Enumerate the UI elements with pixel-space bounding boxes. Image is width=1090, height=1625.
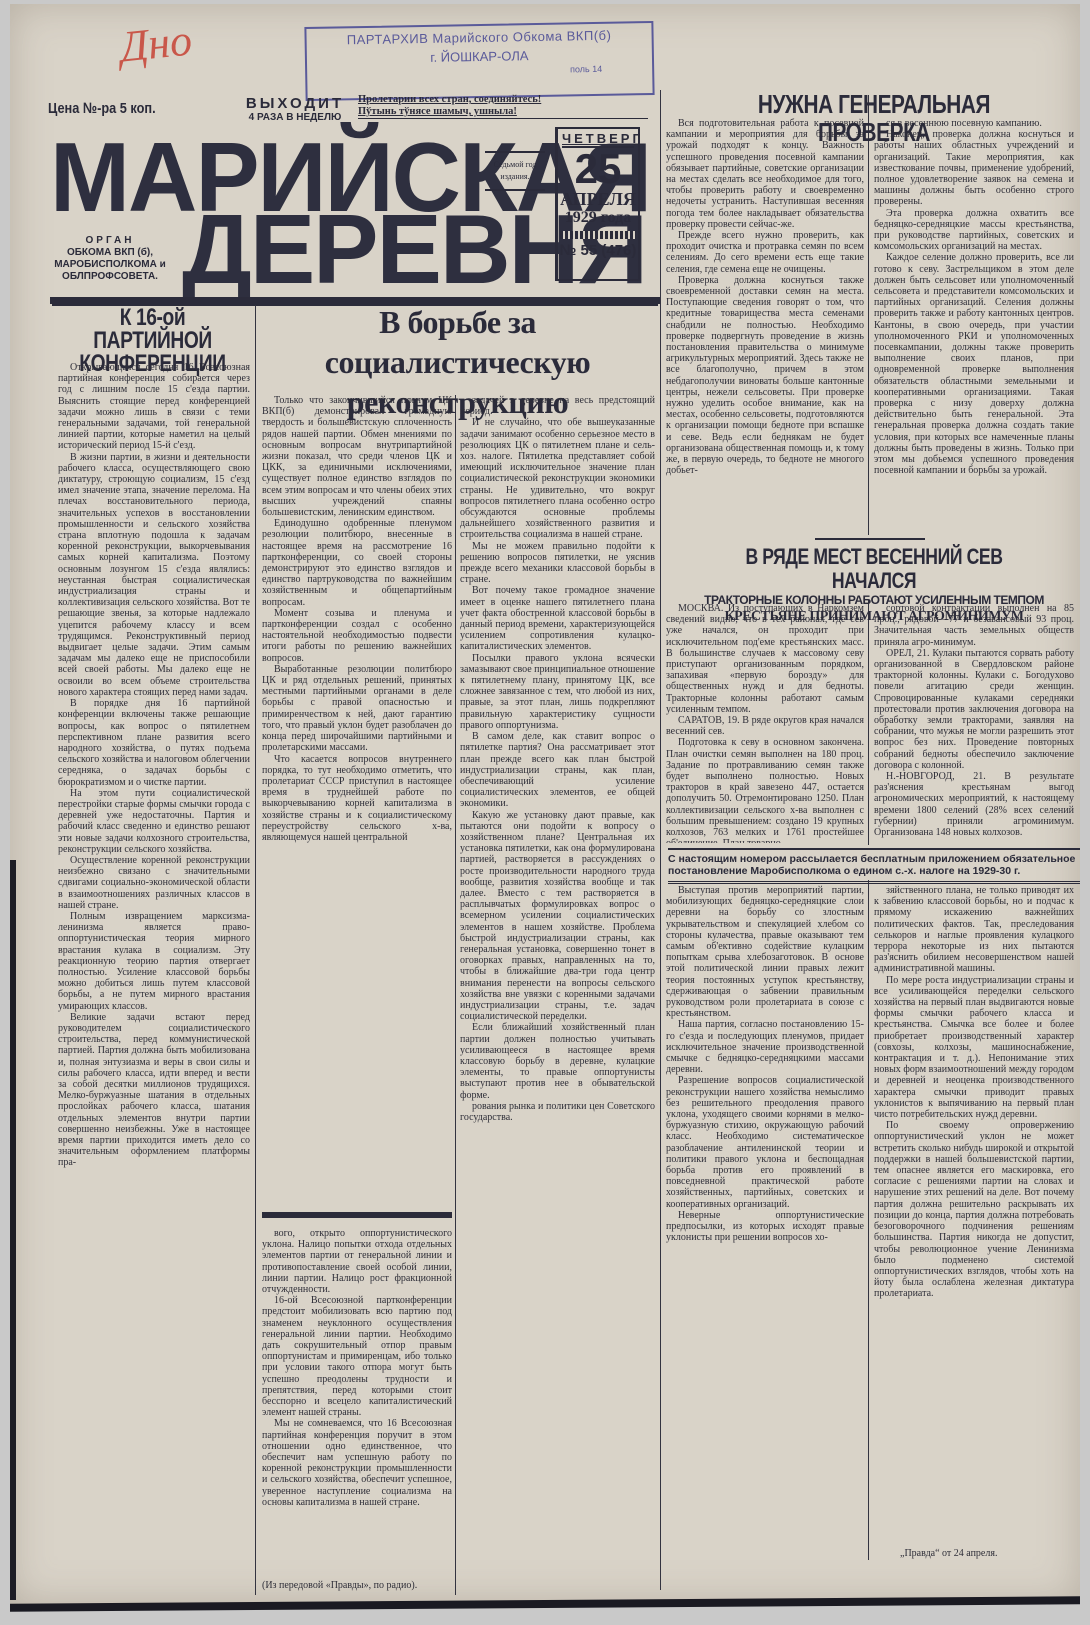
paragraph: И не случайно, что обе вышеуказанные зад… [460,417,655,540]
main-article-column-4: зяйственного плана, не только приводят и… [874,885,1074,1535]
general-check-column-1: Вся подготовительная работа к посевной к… [666,118,864,536]
paragraph: Подготовка к севу в основном закончена. … [666,737,864,843]
archive-stamp: ПАРТАРХИВ Марийского Обкома ВКП(б) г. ЙО… [304,21,654,101]
paragraph: САРАТОВ, 19. В ряде округов края начался… [666,715,864,737]
paragraph: зяйственного плана, не только приводят и… [874,885,1074,975]
supplement-notice: С настоящим номером рассылается бесплатн… [668,848,1080,884]
paragraph: Выступая против мероприятий партии, моби… [666,885,864,1019]
paragraph: Что касается вопросов внутреннего порядк… [262,754,452,844]
paragraph: Великие задачи встают перед руководителе… [58,1012,250,1169]
frequency-title: ВЫХОДИТ [225,95,365,112]
paragraph: Н.-НОВГОРОД, 21. В результате раз'яснени… [874,771,1074,838]
column-divider [255,305,256,1595]
paragraph: ся в весеннюю посевную кампанию. [874,118,1074,129]
slogan: Пролетарии всех стран, соединяйтесь! Пўт… [358,94,648,119]
paragraph: задачей в деревне на весь предстоящий пе… [460,395,655,417]
day-number: 25 [558,148,638,190]
paragraph: 16-ой Всесоюзной партконференции предсто… [262,1295,452,1418]
paragraph: Только что закончившийся пленум ЦК ВКП(б… [262,395,452,518]
year-of-publication-box: Седьмой год издания. [485,145,545,197]
issue-number: № 55 (476) [558,242,638,259]
paragraph: МОСКВА. Из поступающих в Наркомзем сведе… [666,603,864,715]
paragraph: Какую же установку дают правые, как пыта… [460,810,655,1023]
main-article-column-1: Только что закончившийся пленум ЦК ВКП(б… [262,395,452,1205]
paragraph: Посылки правого уклона всячески замазыва… [460,653,655,731]
paragraph: В самом деле, как ставит вопрос о пятиле… [460,731,655,809]
paragraph: Полным извращением марксизма-ленинизма я… [58,911,250,1012]
article-separator [815,538,925,540]
paragraph: сортовой контрактации выполнен на 85 про… [874,603,1074,648]
sowing-column-1: МОСКВА. Из поступающих в Наркомзем сведе… [666,603,864,843]
section-rule [262,1212,452,1218]
date-box: ЧЕТВЕРГ 25 АПРЕЛЯ 1929 года № 55 (476) [555,127,640,281]
month: АПРЕЛЯ [558,190,638,208]
article-source: „Правда“ от 24 апреля. [900,1548,997,1559]
paragraph: Мы не сомневаемся, что 16 Всесоюзная пар… [262,1418,452,1508]
main-article-column-1-continuation: вого, открыто оппортунистического уклона… [262,1228,452,1573]
handwritten-signature: Дно [118,14,195,72]
column-divider [868,600,869,845]
organ-statement: ОРГАН ОБКОМА ВКП (б), МАРОБИСПОЛКОМА и О… [40,235,180,283]
paragraph: Момент созыва и пленума и партконференци… [262,608,452,664]
column-divider [868,95,869,535]
conference-article-body: Открывающаяся сегодня 16 Всесоюзная парт… [58,362,250,1607]
issue-price: Цена №-ра 5 коп. [48,100,156,117]
sowing-column-2: сортовой контрактации выполнен на 85 про… [874,603,1074,843]
sowing-headline: В РЯДЕ МЕСТ ВЕСЕННИЙ СЕВ НАЧАЛСЯ [709,545,1039,593]
paragraph: На этом пути социалистической перестройк… [58,788,250,855]
paragraph: Открывающаяся сегодня 16 Всесоюзная парт… [58,362,250,452]
paragraph: Вот почему такое громадное значение имее… [460,585,655,652]
column-divider [868,880,869,1560]
paragraph: Каждое селение должно проверить, все ли … [874,252,1074,476]
paragraph: рования рынка и политики цен Советского … [460,1101,655,1123]
column-divider [660,90,661,1590]
paragraph: В порядке дня 16 партийной конференции в… [58,698,250,788]
paragraph: Если ближайший хозяйственный план партии… [460,1022,655,1100]
paragraph: вого, открыто оппортунистического уклона… [262,1228,452,1295]
organ-line-2: МАРОБИСПОЛКОМА и [40,259,180,271]
paragraph: Разрешение вопросов социалистической рек… [666,1075,864,1209]
slogan-russian: Пролетарии всех стран, соединяйтесь! [358,94,648,106]
publication-frequency: ВЫХОДИТ 4 РАЗА В НЕДЕЛЮ [225,95,365,123]
year-of-publication: Седьмой год издания. [485,159,545,183]
organ-line-3: ОБЛПРОФСОВЕТА. [40,271,180,283]
year: 1929 года [558,208,638,228]
general-check-column-2: ся в весеннюю посевную кампанию. Наконец… [874,118,1074,536]
paragraph: Выработанные резолюции политбюро ЦК и ря… [262,664,452,754]
paragraph: Наконец, проверка должна коснуться и раб… [874,129,1074,207]
column-divider [455,395,456,1595]
paragraph: Мы не можем правильно подойти к решению … [460,541,655,586]
main-article-column-2: задачей в деревне на весь предстоящий пе… [460,395,655,1595]
paragraph: Прежде всего нужно проверить, как проход… [666,230,864,275]
paragraph: Неверные оппортунистические предпосылки,… [666,1210,864,1244]
stamp-line-1: ПАРТАРХИВ Марийского Обкома ВКП(б) [306,27,651,48]
main-headline-line-1: В борьбе за социалистическую [265,302,650,382]
binding-edge [10,860,16,1600]
paragraph: В жизни партии, в жизни и деятельности р… [58,452,250,698]
paragraph: По мере роста индустриализации страны и … [874,975,1074,1121]
paragraph: Наша партия, согласно постановлению 15-г… [666,1019,864,1075]
paragraph: Единодушно одобренные пленумом резолюции… [262,518,452,608]
decorative-rule [560,231,636,239]
slogan-mari: Пўтынь тўнясе шамыч, ушныла! [358,106,648,118]
paragraph: Осуществление коренной реконструкции неи… [58,855,250,911]
divider [485,189,545,191]
organ-label: ОРГАН [40,235,180,247]
paragraph: Эта проверка должна охватить все бедняцк… [874,208,1074,253]
paragraph: По своему опровержению оппортунистически… [874,1120,1074,1299]
divider [485,151,545,153]
paragraph: Проверка должна коснуться также своеврем… [666,275,864,477]
paragraph: Вся подготовительная работа к посевной к… [666,118,864,230]
paragraph: ОРЕЛ, 21. Кулаки пытаются сорвать работу… [874,648,1074,771]
article-source: (Из передовой «Правды», по радио). [262,1580,417,1591]
main-article-column-3: Выступая против мероприятий партии, моби… [666,885,864,1590]
organ-line-1: ОБКОМА ВКП (б), [40,247,180,259]
